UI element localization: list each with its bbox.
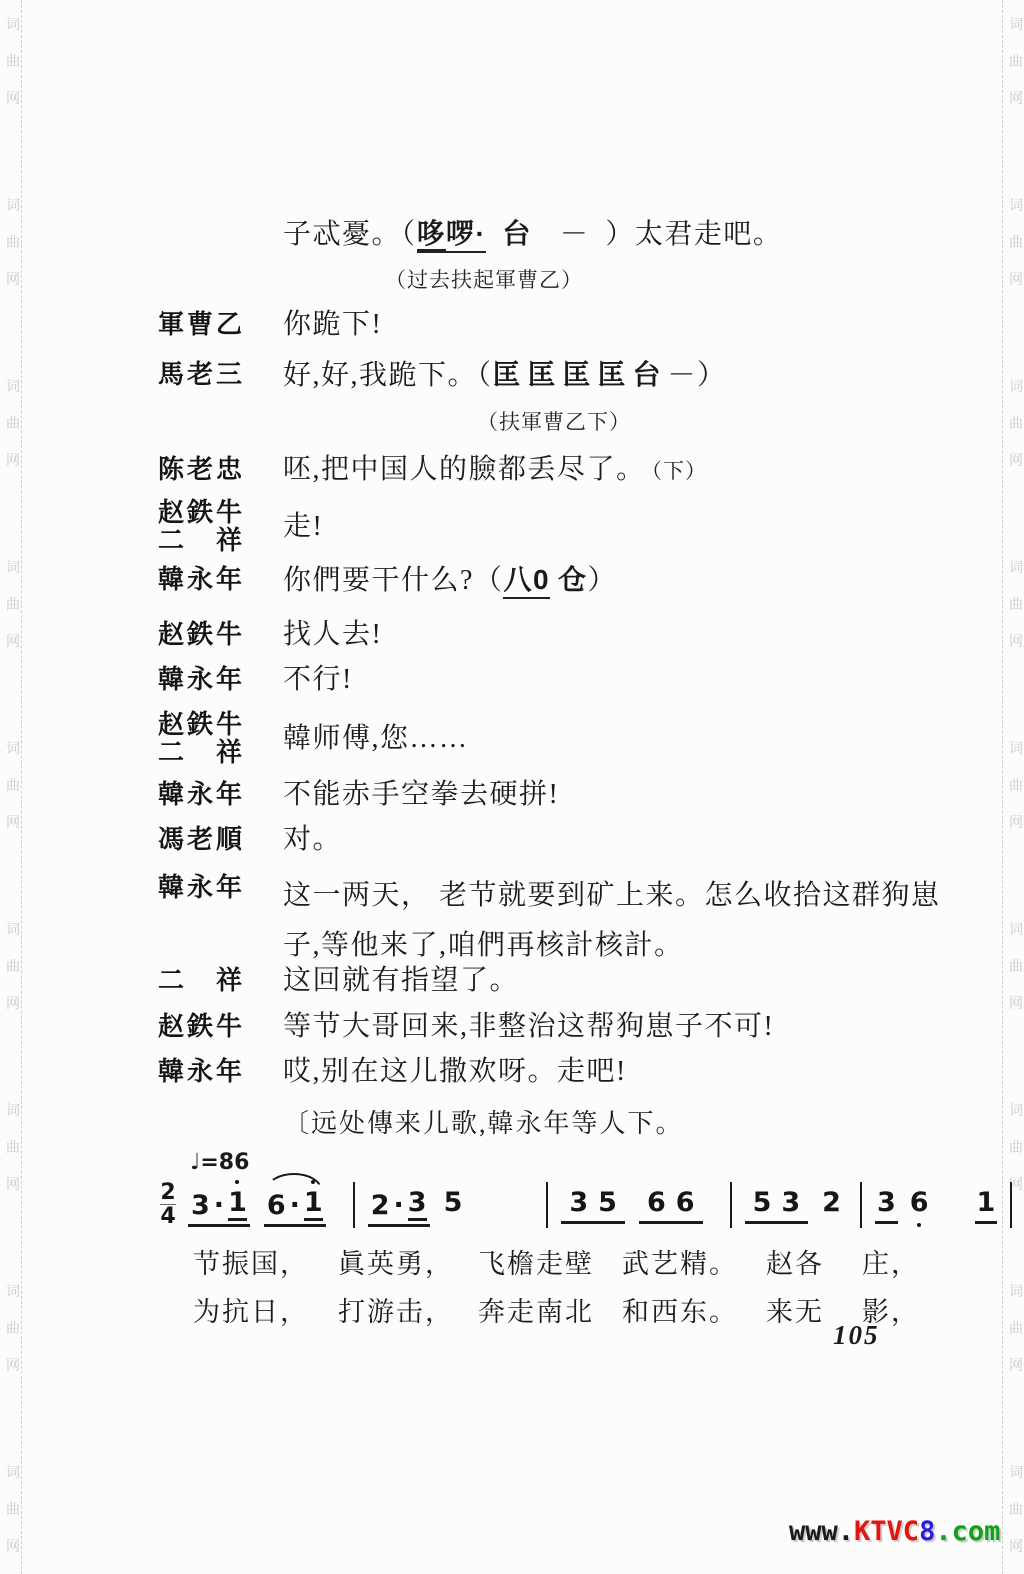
- note-high-octave: 1: [304, 1188, 323, 1221]
- watermark-char: 曲: [6, 586, 20, 623]
- speaker-label: 陈老忠: [158, 453, 283, 485]
- lyric-token: 奔走南北: [478, 1290, 594, 1329]
- watermark-group: 词曲网: [6, 1454, 20, 1565]
- watermark-char: 词: [1009, 187, 1023, 224]
- watermark-char: 网: [6, 985, 20, 1022]
- page-number: 105: [833, 1320, 880, 1351]
- speaker-line2: 二 祥: [158, 738, 283, 766]
- lyric-token: 为抗日，: [193, 1290, 309, 1329]
- augmentation-dot: ·: [214, 1191, 224, 1221]
- watermark-char: 词: [6, 187, 20, 224]
- dialogue-text: 找人去!: [283, 618, 382, 651]
- watermark-group: 词曲网: [1009, 549, 1023, 660]
- percussion-kuang: 匡匡匡匡台: [493, 359, 668, 390]
- lyric-token: 赵各: [766, 1242, 824, 1281]
- percussion-char: 啰·: [446, 218, 486, 249]
- watermark-group: 词曲网: [1009, 911, 1023, 1022]
- watermark-char: 词: [6, 549, 20, 586]
- dialogue-text-main: 呸,把中国人的臉都丢尽了。: [283, 454, 646, 485]
- note: 2: [822, 1188, 841, 1218]
- watermark-char: 曲: [1009, 224, 1023, 261]
- dialogue-text: 你們要干什么?（八0仓）: [283, 563, 617, 597]
- speaker-label: 馬老三: [158, 358, 283, 390]
- note: 5: [753, 1188, 772, 1218]
- barline: [860, 1182, 862, 1228]
- dialogue-text: 不行!: [283, 663, 353, 696]
- note: 3: [408, 1188, 427, 1221]
- time-signature: 2 4: [160, 1182, 176, 1227]
- watermark-char: 曲: [6, 1129, 20, 1166]
- site-watermark-8: 8: [919, 1516, 935, 1547]
- watermark-char: 曲: [1009, 1310, 1023, 1347]
- tempo-marking: ♩=86: [190, 1150, 249, 1175]
- watermark-char: 网: [1009, 1528, 1023, 1565]
- watermark-char: 词: [6, 1454, 20, 1491]
- watermark-char: 网: [1009, 80, 1023, 117]
- speaker-label: 韓永年: [158, 663, 283, 695]
- lyric-token: 武艺精。: [622, 1242, 738, 1281]
- note: 3: [569, 1188, 588, 1218]
- watermark-char: 网: [1009, 261, 1023, 298]
- dialogue-row: 陈老忠 呸,把中国人的臉都丢尽了。（下）: [158, 453, 707, 488]
- watermark-char: 曲: [1009, 405, 1023, 442]
- lyric-token: 打游击，: [338, 1290, 454, 1329]
- speaker-label: 韓永年: [158, 563, 283, 595]
- watermark-char: 词: [6, 1273, 20, 1310]
- dialogue-row: 韓永年 这一两天， 老节就要到矿上来。怎么收拾这群狗崽 子,等他来了,咱們再核計…: [158, 871, 941, 971]
- watermark-group: 词曲网: [6, 6, 20, 117]
- dialogue-text: 这一两天， 老节就要到矿上来。怎么收拾这群狗崽 子,等他来了,咱們再核計核計。: [283, 871, 941, 971]
- note: 1: [975, 1188, 998, 1224]
- stage-direction-closing: 〔远处傳来儿歌,韓永年等人下。: [283, 1103, 684, 1140]
- watermark-char: 词: [1009, 911, 1023, 948]
- dialogue-row: 韓永年 不能赤手空拳去硬拼!: [158, 778, 559, 811]
- watermark-group: 词曲网: [6, 1273, 20, 1384]
- percussion-char: 哆: [417, 218, 447, 251]
- speaker-label-stacked: 赵鉄牛 二 祥: [158, 710, 283, 766]
- music-score: 2 4 3·1 6·1 2·3 5 35 66 53 2 3 6 1: [160, 1188, 1024, 1228]
- watermark-char: 曲: [6, 405, 20, 442]
- watermark-group: 词曲网: [6, 187, 20, 298]
- percussion-tai: 台: [502, 218, 532, 249]
- dialogue-row: 赵鉄牛 等节大哥回来,非整治这帮狗崽子不可!: [158, 1010, 774, 1043]
- time-sig-numerator: 2: [160, 1182, 175, 1203]
- watermark-char: 曲: [1009, 767, 1023, 804]
- dialogue-text: 好,好,我跪下。（匡匡匡匡台－）: [283, 358, 727, 392]
- speaker-label: 二 祥: [158, 964, 283, 996]
- dialogue-row: 赵鉄牛 二 祥 韓师傅,您……: [158, 710, 469, 766]
- watermark-char: 词: [1009, 730, 1023, 767]
- watermark-char: 网: [1009, 1347, 1023, 1384]
- watermark-group: 词曲网: [1009, 368, 1023, 479]
- watermark-char: 网: [6, 1347, 20, 1384]
- watermark-char: 曲: [6, 43, 20, 80]
- opening-text-pre: 子忒憂。（: [283, 219, 417, 250]
- watermark-char: 网: [6, 804, 20, 841]
- watermark-group: 词曲网: [6, 730, 20, 841]
- dialogue-row: 二 祥 这回就有指望了。: [158, 964, 519, 997]
- dialogue-text: 韓师傅,您……: [283, 722, 469, 755]
- speaker-label: 韓永年: [158, 871, 283, 903]
- barline: [546, 1182, 548, 1228]
- watermark-char: 曲: [6, 224, 20, 261]
- dialogue-row: 韓永年 不行!: [158, 663, 353, 696]
- dialogue-text: 呸,把中国人的臉都丢尽了。（下）: [283, 453, 707, 488]
- watermark-group: 词曲网: [1009, 1454, 1023, 1565]
- watermark-group: 词曲网: [1009, 730, 1023, 841]
- right-watermark-column: 词曲网词曲网词曲网词曲网词曲网词曲网词曲网词曲网词曲网: [1005, 6, 1024, 1574]
- watermark-group: 词曲网: [1009, 187, 1023, 298]
- dialogue-row: 赵鉄牛 找人去!: [158, 618, 382, 651]
- watermark-char: 词: [1009, 1092, 1023, 1129]
- note: 5: [598, 1188, 617, 1218]
- right-margin-dashed-line: [1002, 0, 1003, 1574]
- lyric-token: 和西东。: [622, 1290, 738, 1329]
- speaker-label: 馮老順: [158, 823, 283, 855]
- watermark-char: 词: [1009, 549, 1023, 586]
- watermark-group: 词曲网: [6, 549, 20, 660]
- site-watermark-www: www.: [789, 1516, 854, 1547]
- note: 3: [875, 1188, 898, 1224]
- watermark-char: 曲: [6, 1491, 20, 1528]
- note: 2: [371, 1191, 390, 1221]
- watermark-char: 网: [6, 1528, 20, 1565]
- barline: [730, 1182, 732, 1228]
- dialogue-text: 走!: [283, 510, 323, 543]
- watermark-char: 曲: [1009, 586, 1023, 623]
- note-group: 2·3: [368, 1188, 430, 1227]
- watermark-char: 曲: [6, 1310, 20, 1347]
- note-group: 66: [639, 1188, 703, 1224]
- note: 6: [267, 1191, 286, 1221]
- left-watermark-column: 词曲网词曲网词曲网词曲网词曲网词曲网词曲网词曲网词曲网: [2, 6, 24, 1574]
- lyric-token: 庄，: [862, 1242, 920, 1281]
- dash-hold: －: [560, 219, 590, 250]
- note: 5: [444, 1188, 463, 1218]
- dialogue-row: 韓永年 你們要干什么?（八0仓）: [158, 563, 617, 597]
- site-watermark-com: .com: [935, 1516, 1000, 1547]
- note: 6: [676, 1188, 695, 1218]
- percussion-cang: 仓: [558, 564, 588, 595]
- watermark-group: 词曲网: [6, 1092, 20, 1203]
- song-continuation-line: 子忒憂。（哆啰·台－）太君走吧。: [283, 212, 782, 252]
- lyric-token: 飞檐走壁: [478, 1242, 594, 1281]
- note: 3: [781, 1188, 800, 1218]
- watermark-char: 词: [1009, 1273, 1023, 1310]
- dialogue-text-pre: 你們要干什么?（: [283, 565, 503, 596]
- speaker-line1: 赵鉄牛: [158, 710, 283, 738]
- watermark-char: 词: [6, 911, 20, 948]
- lyric-token: 节振国，: [193, 1242, 309, 1281]
- time-sig-denominator: 4: [160, 1206, 175, 1227]
- barline: [353, 1182, 355, 1228]
- watermark-char: 曲: [1009, 1491, 1023, 1528]
- dialogue-text-pre: 好,好,我跪下。（: [283, 360, 493, 391]
- note: 6: [647, 1188, 666, 1218]
- speaker-label: 赵鉄牛: [158, 618, 283, 650]
- barline: [1010, 1182, 1012, 1228]
- watermark-group: 词曲网: [6, 911, 20, 1022]
- site-watermark-ktvc: KTVC: [854, 1516, 919, 1547]
- speaker-label-stacked: 赵鉄牛 二 祥: [158, 498, 283, 554]
- dash-hold: －: [668, 360, 698, 391]
- speaker-label: 赵鉄牛: [158, 1010, 283, 1042]
- watermark-char: 网: [6, 261, 20, 298]
- watermark-char: 词: [1009, 368, 1023, 405]
- speaker-label: 韓永年: [158, 778, 283, 810]
- watermark-char: 网: [6, 1166, 20, 1203]
- watermark-char: 词: [1009, 1454, 1023, 1491]
- dialogue-row: 馬老三 好,好,我跪下。（匡匡匡匡台－）: [158, 358, 727, 392]
- watermark-char: 曲: [6, 767, 20, 804]
- dialogue-text: 对。: [283, 823, 342, 856]
- opening-text-post: ）太君走吧。: [605, 219, 782, 250]
- dialogue-text-post: ）: [697, 360, 727, 391]
- watermark-char: 网: [6, 623, 20, 660]
- watermark-group: 词曲网: [1009, 6, 1023, 117]
- percussion-duoluo: 哆啰·: [417, 218, 487, 253]
- dialogue-text: 你跪下!: [283, 308, 382, 341]
- watermark-char: 词: [6, 1092, 20, 1129]
- dialogue-line1: 这一两天， 老节就要到矿上来。怎么收拾这群狗崽: [283, 871, 941, 921]
- dialogue-row: 韓永年 哎,别在这儿撒欢呀。走吧!: [158, 1055, 627, 1088]
- stage-direction: （过去扶起軍曹乙）: [385, 264, 583, 294]
- site-watermark: www.KTVC8.com: [789, 1516, 1000, 1547]
- watermark-char: 网: [1009, 442, 1023, 479]
- augmentation-dot: ·: [290, 1191, 300, 1221]
- note-high-octave: 1: [228, 1188, 247, 1221]
- watermark-char: 曲: [6, 948, 20, 985]
- speaker-line1: 赵鉄牛: [158, 498, 283, 526]
- dialogue-text: 等节大哥回来,非整治这帮狗崽子不可!: [283, 1010, 774, 1043]
- watermark-char: 曲: [1009, 948, 1023, 985]
- dialogue-text-post: ）: [588, 565, 618, 596]
- watermark-char: 词: [6, 6, 20, 43]
- speaker-label: 軍曹乙: [158, 308, 283, 340]
- watermark-char: 网: [1009, 804, 1023, 841]
- watermark-char: 曲: [1009, 43, 1023, 80]
- augmentation-dot: ·: [394, 1191, 404, 1221]
- dialogue-row: 馮老順 对。: [158, 823, 342, 856]
- watermark-char: 网: [1009, 623, 1023, 660]
- watermark-char: 词: [1009, 6, 1023, 43]
- watermark-char: 网: [6, 442, 20, 479]
- dialogue-row: 赵鉄牛 二 祥 走!: [158, 498, 323, 554]
- note: 3: [191, 1191, 210, 1221]
- watermark-char: 曲: [1009, 1129, 1023, 1166]
- dialogue-row: 軍曹乙 你跪下!: [158, 308, 382, 341]
- watermark-char: 词: [6, 730, 20, 767]
- note-group: 53: [745, 1188, 809, 1224]
- note-group: 35: [561, 1188, 625, 1224]
- note-low-octave: 6: [908, 1188, 931, 1218]
- speaker-label: 韓永年: [158, 1055, 283, 1087]
- watermark-char: 网: [1009, 985, 1023, 1022]
- dialogue-text: 哎,别在这儿撒欢呀。走吧!: [283, 1055, 627, 1088]
- note-group-slurred: 6·1: [264, 1188, 326, 1227]
- note-group: 3·1: [188, 1188, 250, 1227]
- percussion-ba0: 八0: [503, 564, 550, 599]
- lyric-token: 眞英勇，: [338, 1242, 454, 1281]
- exit-note: （下）: [652, 459, 708, 483]
- watermark-char: 词: [6, 368, 20, 405]
- speaker-line2: 二 祥: [158, 526, 283, 554]
- watermark-group: 词曲网: [1009, 1273, 1023, 1384]
- lyric-token: 来无: [766, 1290, 824, 1329]
- dialogue-text: 不能赤手空拳去硬拼!: [283, 778, 559, 811]
- stage-direction: （扶軍曹乙下）: [477, 406, 631, 436]
- watermark-group: 词曲网: [6, 368, 20, 479]
- watermark-char: 网: [6, 80, 20, 117]
- dialogue-text: 这回就有指望了。: [283, 964, 519, 997]
